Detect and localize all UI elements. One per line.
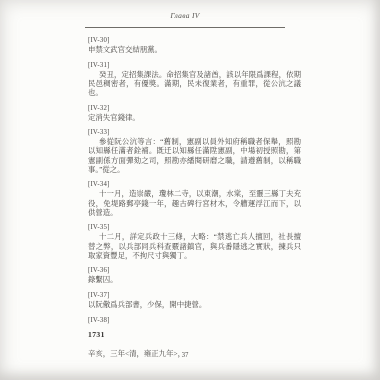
section-text: 十一月，造崇嚴，瓊林二寺，以東潮，水棠，至靈三縣丁夫充役，免堤路郵亭錢一年，趣古…: [88, 189, 301, 216]
section-text: 參從阮公沆等言：“舊制，憲副以員外知府稱職者保舉，照勘以知縣任滿者銓補。既迁以知…: [88, 137, 301, 174]
header-rule: [85, 27, 285, 28]
page-content: [IV-30]申禁文武官交結朋黨。[IV-31]癸丑，定招集課法。命招集官及諸酋…: [88, 36, 301, 358]
section-tag: [IV-30]: [88, 36, 301, 45]
year-heading: 1731: [88, 330, 301, 339]
section-tag: [IV-35]: [88, 223, 301, 232]
section-text: 十二月，詳定兵政十三條，大略：“禁逃亡兵人擅回，社長擅替之弊，以兵部同兵科查覈諸…: [88, 232, 301, 259]
section-text: 申禁文武官交結朋黨。: [88, 45, 301, 54]
document-page: Глава IV [IV-30]申禁文武官交結朋黨。[IV-31]癸丑，定招集課…: [0, 0, 380, 380]
section-tag: [IV-36]: [88, 266, 301, 275]
section-tag: [IV-31]: [88, 61, 301, 70]
section-text: 定消失官錢律。: [88, 113, 301, 122]
section-tag: [IV-33]: [88, 128, 301, 137]
page-number: 37: [85, 352, 285, 359]
section-text: 錄繫囚。: [88, 275, 301, 284]
section-tag: [IV-38]: [88, 316, 301, 325]
section-tag: [IV-34]: [88, 180, 301, 189]
chapter-header: Глава IV: [85, 11, 285, 20]
section-text: 以阮儆爲兵部書，少保，開中捷營。: [88, 300, 301, 309]
section-text: 癸丑，定招集課法。命招集官及諸酋，該以年限爲課程，依期民邑稠密者，有優獎。滿期，…: [88, 70, 301, 97]
section-tag: [IV-32]: [88, 104, 301, 113]
section-tag: [IV-37]: [88, 291, 301, 300]
